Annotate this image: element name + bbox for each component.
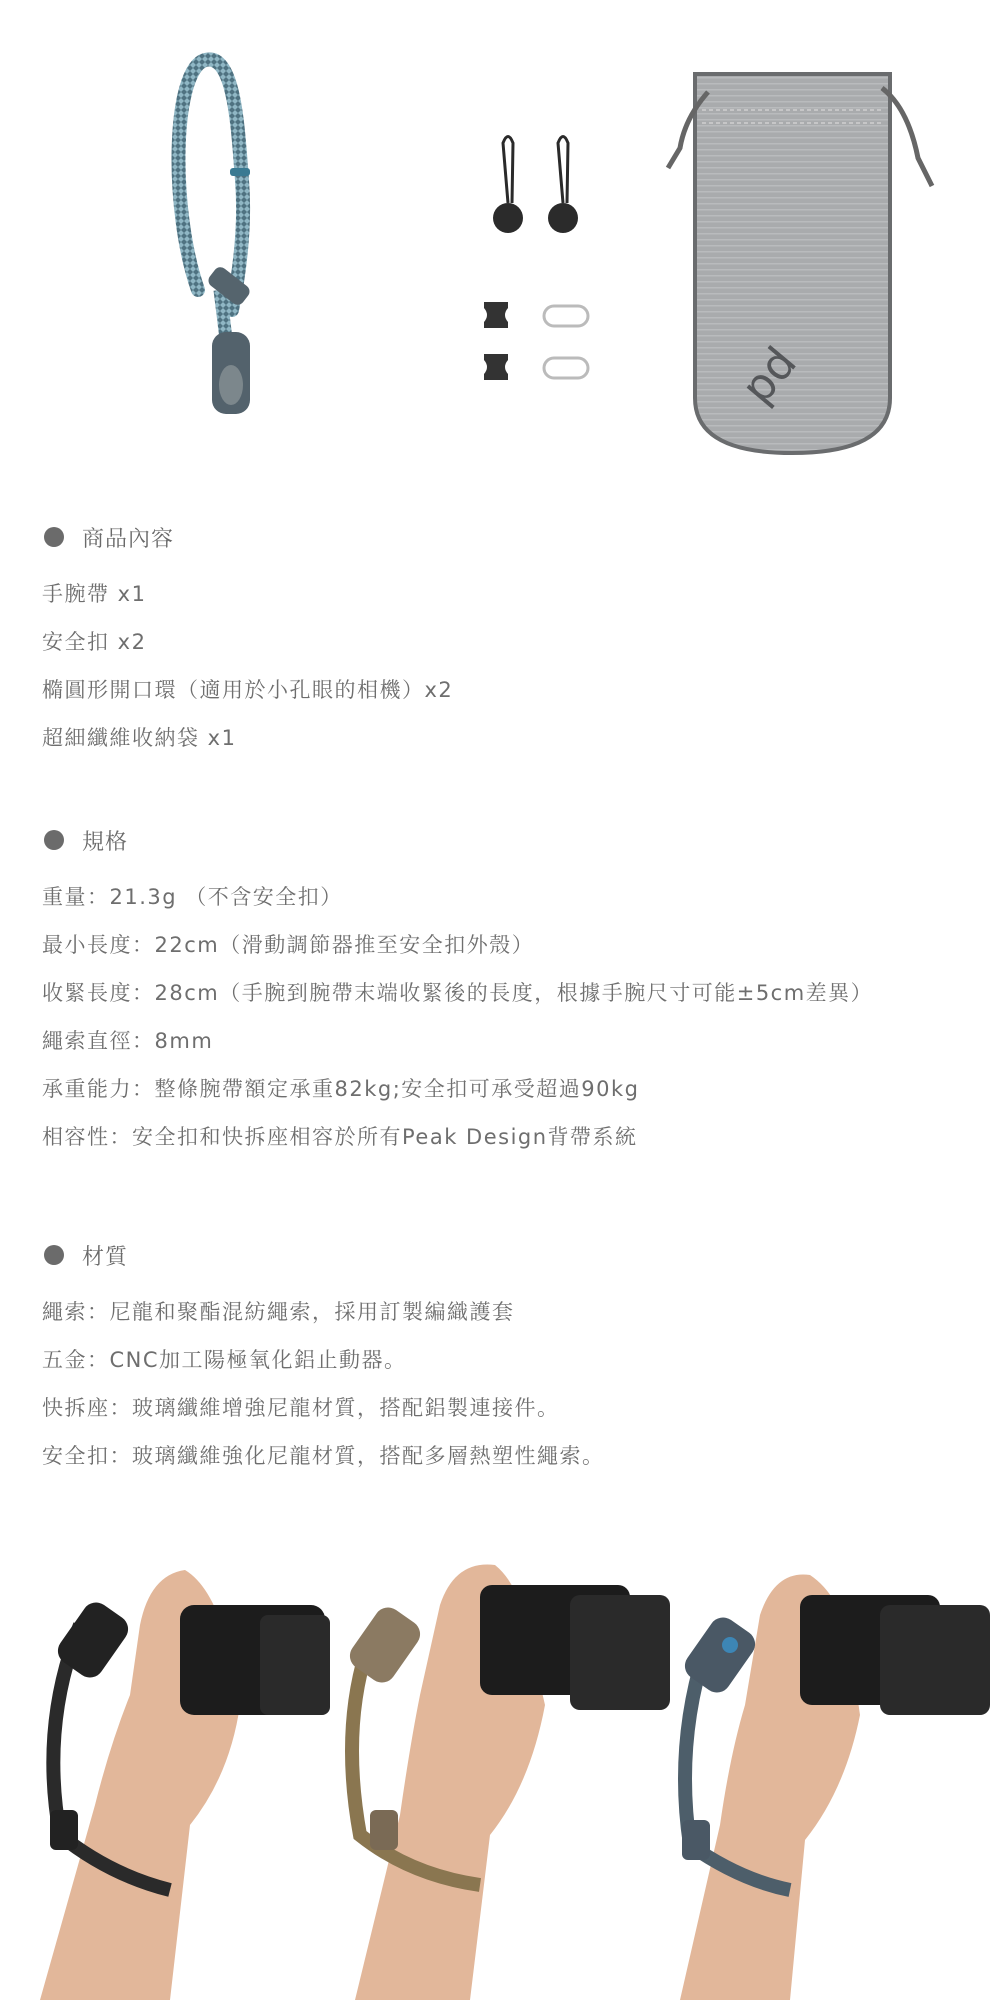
adapters-and-rings-image xyxy=(480,300,600,390)
wrist-strap-image xyxy=(160,50,280,430)
section-specifications: 規格 重量：21.3g （不含安全扣） 最小長度：22cm（滑動調節器推至安全扣… xyxy=(42,825,982,1161)
list-item: 重量：21.3g （不含安全扣） xyxy=(42,873,982,921)
section-title: 規格 xyxy=(82,825,128,856)
section-heading: 規格 xyxy=(42,825,982,855)
list-item: 繩索：尼龍和聚酯混紡繩索，採用訂製編織護套 xyxy=(42,1288,982,1336)
hands-holding-cameras-image xyxy=(0,1545,1000,2000)
section-materials: 材質 繩索：尼龍和聚酯混紡繩索，採用訂製編織護套 五金：CNC加工陽極氧化鋁止動… xyxy=(42,1240,982,1480)
photo-tan-strap xyxy=(344,1565,670,2000)
lifestyle-photos xyxy=(0,1545,1000,2000)
anchors-image xyxy=(485,128,595,238)
list-item: 橢圓形開口環（適用於小孔眼的相機）x2 xyxy=(42,666,982,714)
list-item: 安全扣：玻璃纖維強化尼龍材質，搭配多層熱塑性繩索。 xyxy=(42,1432,982,1480)
section-title: 商品內容 xyxy=(82,522,174,553)
product-contents-image: pd xyxy=(0,0,1000,480)
list-item: 超細纖維收納袋 x1 xyxy=(42,714,982,762)
list-item: 相容性：安全扣和快拆座相容於所有Peak Design背帶系統 xyxy=(42,1113,982,1161)
section-heading: 商品內容 xyxy=(42,522,982,552)
photo-black-strap xyxy=(40,1570,330,2000)
list-item: 收緊長度：28cm（手腕到腕帶末端收緊後的長度，根據手腕尺寸可能±5cm差異） xyxy=(42,969,982,1017)
list-item: 手腕帶 x1 xyxy=(42,570,982,618)
list-item: 安全扣 x2 xyxy=(42,618,982,666)
list-item: 最小長度：22cm（滑動調節器推至安全扣外殼） xyxy=(42,921,982,969)
bullet-icon xyxy=(44,527,64,547)
bullet-icon xyxy=(44,830,64,850)
bullet-icon xyxy=(44,1245,64,1265)
microfiber-pouch-image: pd xyxy=(650,68,940,458)
list-item: 五金：CNC加工陽極氧化鋁止動器。 xyxy=(42,1336,982,1384)
list-item: 快拆座：玻璃纖維增強尼龍材質，搭配鋁製連接件。 xyxy=(42,1384,982,1432)
photo-blue-gray-strap xyxy=(679,1575,990,2000)
list-item: 承重能力：整條腕帶額定承重82kg;安全扣可承受超過90kg xyxy=(42,1065,982,1113)
section-title: 材質 xyxy=(82,1240,128,1271)
section-contents: 商品內容 手腕帶 x1 安全扣 x2 橢圓形開口環（適用於小孔眼的相機）x2 超… xyxy=(42,522,982,762)
list-item: 繩索直徑：8mm xyxy=(42,1017,982,1065)
section-heading: 材質 xyxy=(42,1240,982,1270)
